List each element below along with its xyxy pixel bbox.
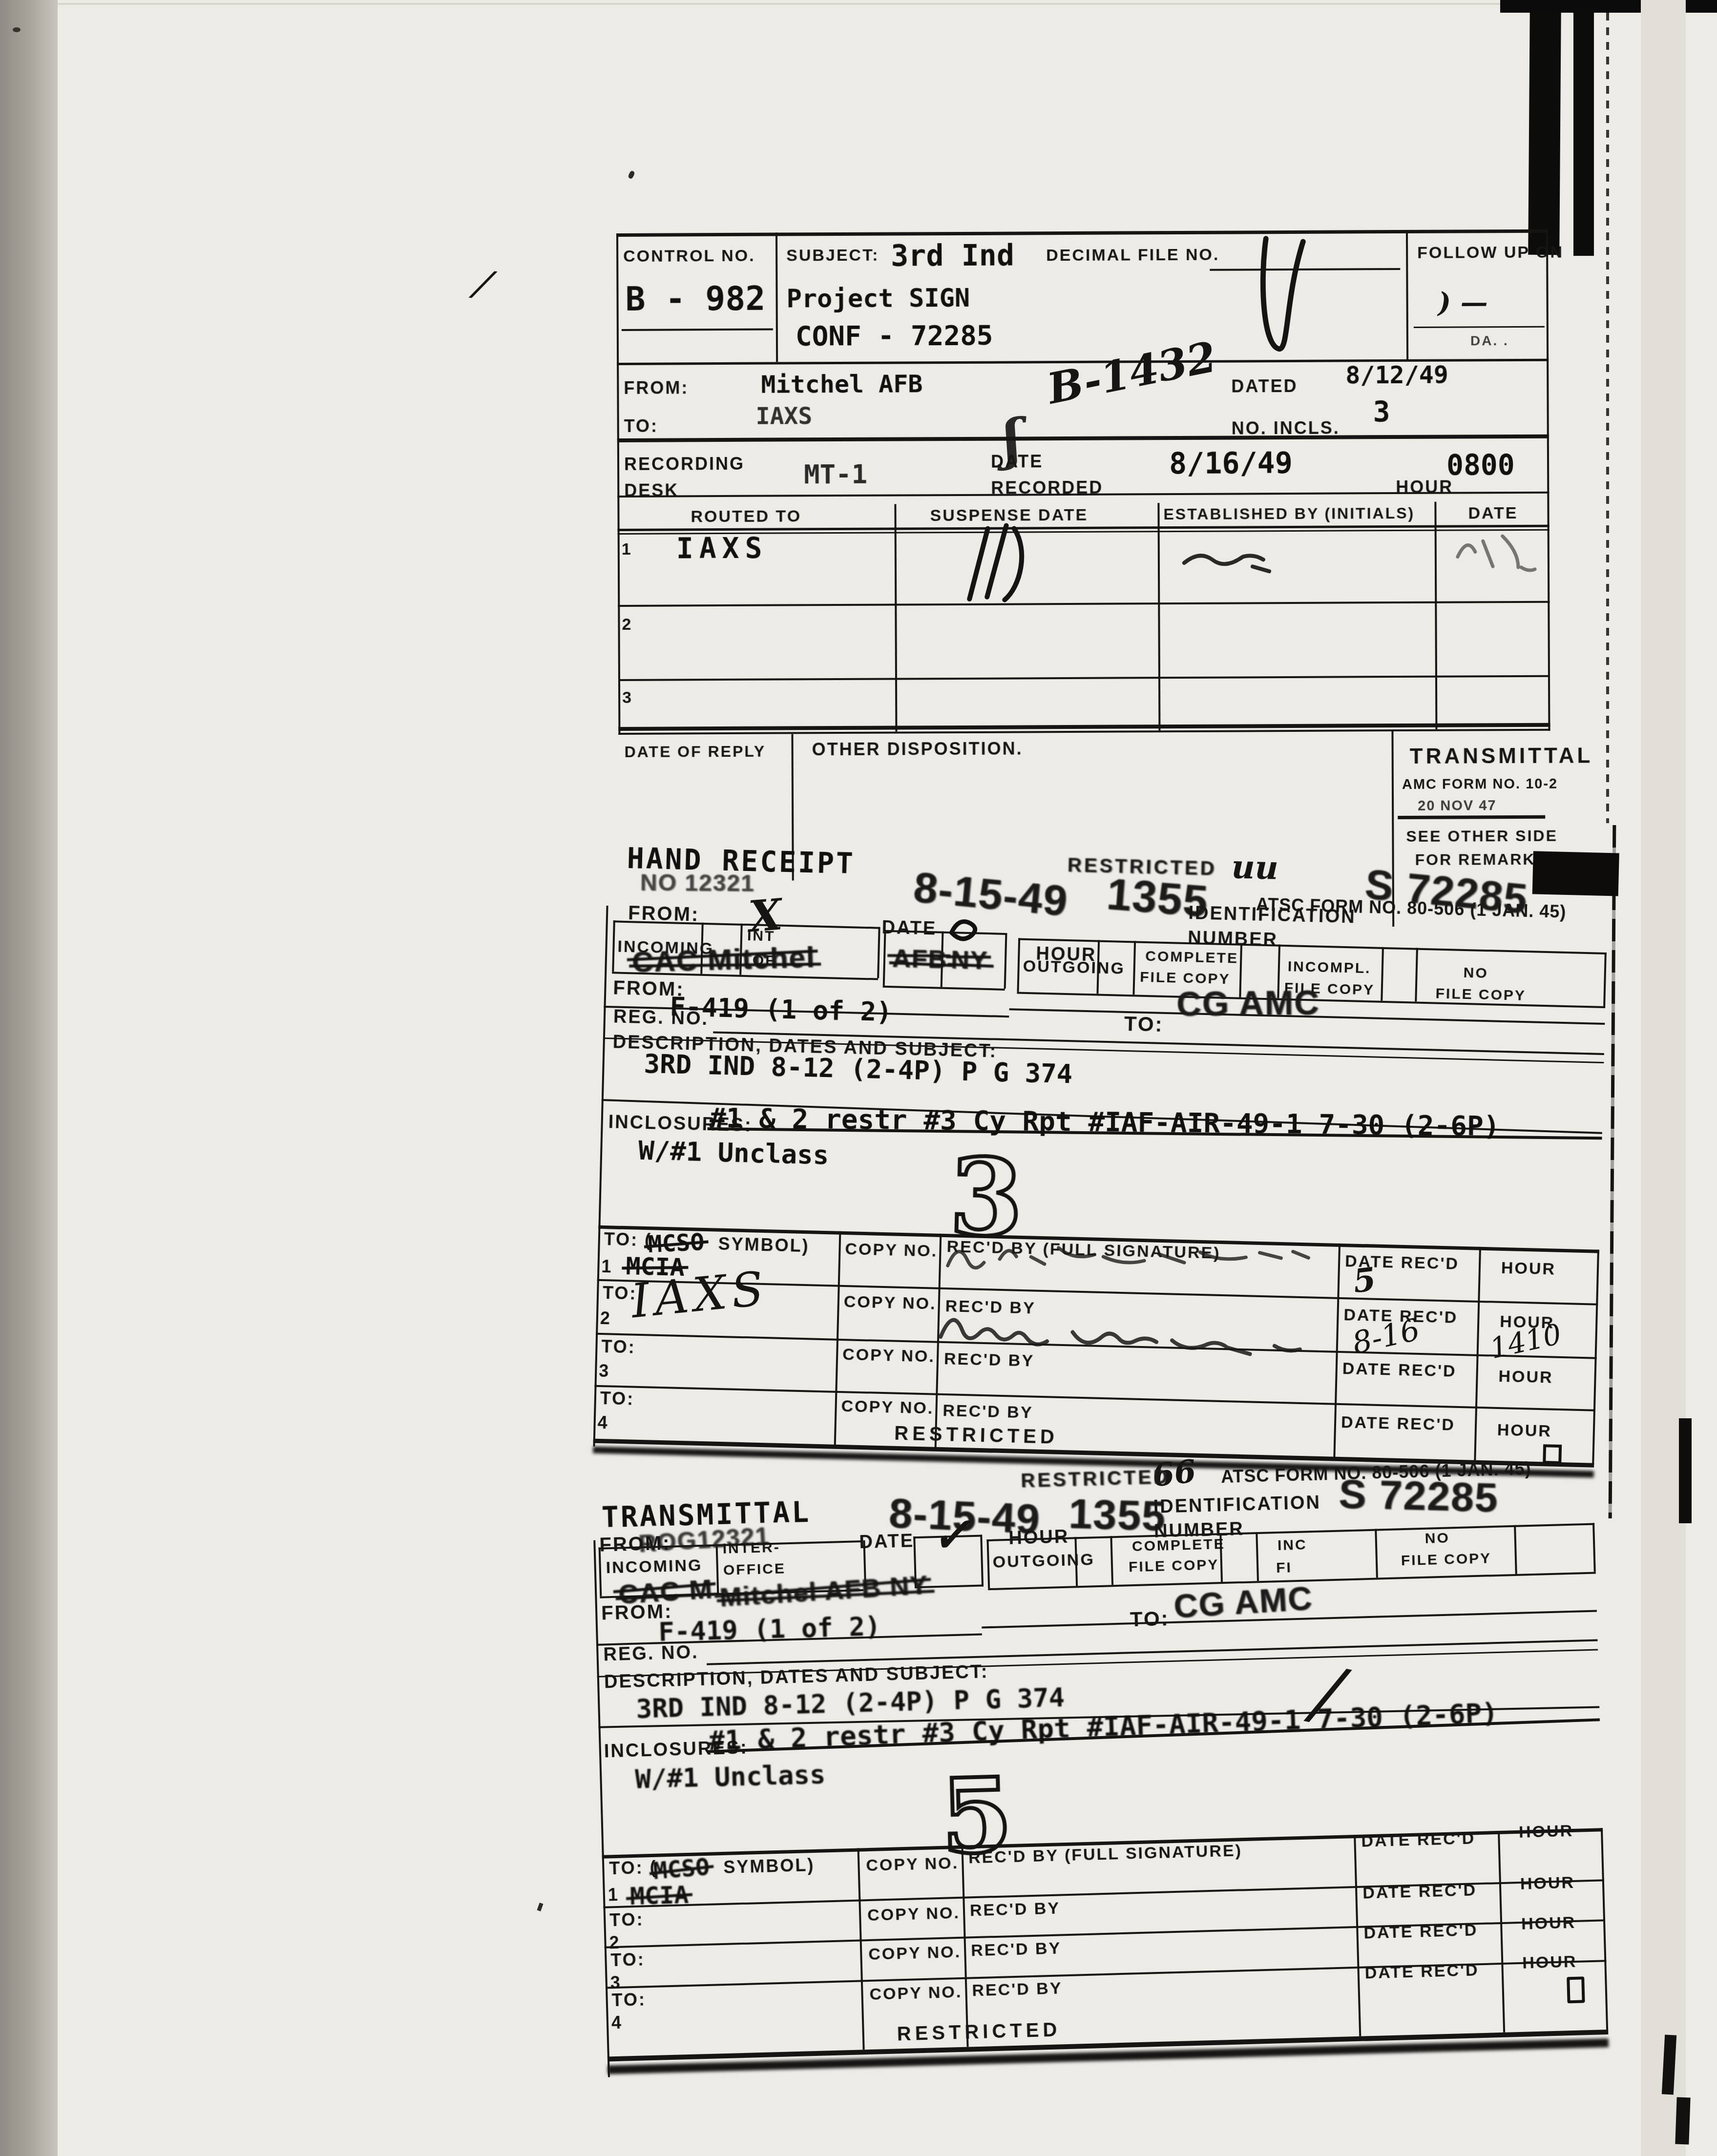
to-line-label: TO: xyxy=(1130,1607,1170,1631)
from-value: Mitchel AFB xyxy=(761,370,922,398)
row-4-copy-no: COPY NO. xyxy=(869,1983,963,2004)
to-value: IAXS xyxy=(756,402,813,430)
identification-label: IDENTIFICATION xyxy=(1153,1493,1321,1518)
small-speck xyxy=(628,170,635,180)
form-line xyxy=(618,675,1550,681)
from-label: FROM: xyxy=(624,377,689,398)
form-line xyxy=(1018,938,1607,954)
form-line xyxy=(622,329,773,331)
row-3-hour: HOUR xyxy=(1521,1913,1576,1934)
reg-no-label: REG. NO. xyxy=(603,1642,699,1665)
transmittal-box-note-1: SEE OTHER SIDE xyxy=(1406,827,1558,846)
row-2-copy-no: COPY NO. xyxy=(843,1292,937,1314)
row-4-num: 4 xyxy=(597,1412,609,1433)
to-line-label: TO: xyxy=(1124,1012,1164,1037)
identification-number-stamp: S 72285 xyxy=(1338,1470,1499,1521)
row-4-date-recd: DATE REC'D xyxy=(1341,1413,1456,1435)
form-line xyxy=(1398,815,1545,819)
row-4-hour: HOUR xyxy=(1522,1952,1577,1973)
outgoing-label: OUTGOING xyxy=(1023,957,1125,978)
subject-line-3: CONF - 72285 xyxy=(796,320,993,352)
from-label: FROM: xyxy=(628,902,700,926)
identification-label: IDENTIFICATION xyxy=(1188,903,1356,928)
hour-header: HOUR xyxy=(1501,1259,1556,1279)
form-line xyxy=(1601,1828,1608,2030)
form-line xyxy=(1514,1525,1517,1574)
row-4-date-recd: DATE REC'D xyxy=(1364,1961,1479,1983)
form-line xyxy=(594,1385,1595,1411)
row-4-hour: HOUR xyxy=(1497,1421,1552,1441)
form-line xyxy=(1406,230,1408,359)
left-scan-strip xyxy=(0,0,58,2156)
handwritten-ref-number: B-1432 xyxy=(1044,332,1220,414)
form-line xyxy=(1375,1529,1378,1578)
ink-blob xyxy=(947,913,982,941)
established-by-scribble xyxy=(1179,541,1277,576)
hand-receipt-form: HAND RECEIPT NO 12321 8-15-49 RESTRICTED… xyxy=(592,837,1613,1492)
scan-bar-2 xyxy=(1573,11,1594,256)
pen-scribble: uu xyxy=(1231,848,1279,887)
incompl-file-copy-fragment-2: FI xyxy=(1276,1559,1293,1576)
da-label: DA. . xyxy=(1470,333,1509,349)
handwritten-checkmark: ✓ xyxy=(931,1507,971,1563)
row-2-recd-by: REC'D BY xyxy=(970,1899,1061,1920)
form-line xyxy=(1256,1532,1259,1581)
to-symbol-label-open: TO: ( xyxy=(609,1857,657,1879)
form-line xyxy=(1110,1536,1113,1585)
control-no-value: B - 982 xyxy=(625,280,765,319)
copy-no-header: COPY NO. xyxy=(866,1854,959,1875)
routed-row-1-value: IAXS xyxy=(676,532,768,565)
transmittal-box-title: TRANSMITTAL xyxy=(1410,744,1593,769)
complete-file-copy-label-1: COMPLETE xyxy=(1145,948,1238,967)
to-label: TO: xyxy=(624,416,659,436)
restricted-stamp: RESTRICTED xyxy=(1021,1466,1171,1492)
decimal-file-label: DECIMAL FILE NO. xyxy=(1046,246,1219,266)
established-by-header: ESTABLISHED BY (INITIALS) xyxy=(1163,504,1415,523)
desk-label: DESK xyxy=(624,480,679,500)
form-line xyxy=(618,601,1549,607)
restricted-footer: RESTRICTED xyxy=(894,1423,1059,1449)
scanned-document-page: CONTROL NO. B - 982 SUBJECT: 3rd Ind Pro… xyxy=(0,0,1717,2156)
form-line xyxy=(616,229,1548,237)
scan-bracket-mark xyxy=(1567,1976,1585,2003)
right-scan-band xyxy=(1641,0,1686,2156)
row-4-to-label: TO: xyxy=(611,1989,646,2011)
stray-paren-mark: ⁄ xyxy=(478,263,488,308)
recording-label: RECORDING xyxy=(624,454,745,475)
number-label: NUMBER xyxy=(1188,928,1278,951)
row-3-to-label: TO: xyxy=(601,1336,636,1358)
ny-stamp-crossed: NY xyxy=(950,945,988,975)
title-overstamp: NO 12321 xyxy=(640,870,755,897)
hour-header: HOUR xyxy=(1519,1822,1574,1842)
form-line xyxy=(1381,947,1384,1001)
form-line xyxy=(775,233,778,362)
recorded-label: RECORDED xyxy=(991,477,1103,498)
date-col-scribble xyxy=(1448,526,1536,576)
date-received-stamp: 8-15-49 xyxy=(911,862,1070,926)
row-3-copy-no: COPY NO. xyxy=(868,1943,962,1964)
row-2-hour: HOUR xyxy=(1520,1873,1575,1894)
form-line xyxy=(612,920,615,972)
no-file-copy-label-1: NO xyxy=(1463,965,1488,982)
form-line xyxy=(1498,1831,1505,2032)
row-2-num: 2 xyxy=(600,1308,611,1329)
recording-desk-value: MT-1 xyxy=(804,459,867,490)
routing-row-3-num: 3 xyxy=(622,688,633,707)
form-line xyxy=(986,1539,990,1588)
date-label: DATE xyxy=(859,1531,915,1553)
row-1-num: 1 xyxy=(607,1885,619,1906)
dated-label: DATED xyxy=(1231,376,1298,397)
row-3-hour: HOUR xyxy=(1498,1367,1553,1388)
routed-to-header: ROUTED TO xyxy=(691,507,801,526)
subject-line-1: 3rd Ind xyxy=(891,238,1014,273)
to-symbol-label-close: SYMBOL) xyxy=(718,1234,810,1257)
outgoing-label: OUTGOING xyxy=(992,1550,1095,1572)
hour-stamp: 1355 xyxy=(1068,1490,1167,1540)
row-1-date-mark: 5 xyxy=(1351,1260,1378,1301)
transmittal-box-revision: 20 NOV 47 xyxy=(1418,798,1497,814)
form-line xyxy=(1415,948,1418,1002)
inclosures-note: W/#1 Unclass xyxy=(635,1759,826,1795)
form-line xyxy=(617,435,1549,442)
to-line-value-stamp: CG AMC xyxy=(1176,983,1320,1024)
date-of-reply-label: DATE OF REPLY xyxy=(625,743,766,761)
row-4-recd-by: REC'D BY xyxy=(972,1979,1063,2000)
inter-office-label-1: INTER- xyxy=(722,1539,780,1557)
date-label: DATE xyxy=(881,917,937,940)
form-line xyxy=(1603,953,1607,1006)
row-2-date-recd: DATE REC'D xyxy=(1362,1881,1477,1903)
handwritten-checkmark xyxy=(1246,235,1320,358)
from-label: FROM: xyxy=(599,1533,671,1556)
row-1-num: 1 xyxy=(601,1256,613,1277)
form-line xyxy=(1592,1523,1596,1572)
form-line xyxy=(980,1534,984,1586)
routing-row-1-num: 1 xyxy=(622,540,632,559)
description-value: 3RD IND 8-12 (2-4P) P G 374 xyxy=(644,1048,1073,1089)
inclosures-value-crossed: #1 & 2 restr #3 Cy Rpt #IAF-AIR-49-1 7-3… xyxy=(710,1102,1500,1142)
hour-label: HOUR xyxy=(1008,1527,1069,1549)
scan-black-block xyxy=(1532,851,1619,896)
form-line xyxy=(1132,941,1136,995)
row-1-signature xyxy=(942,1230,1343,1299)
row-4-recd-by: REC'D BY xyxy=(942,1401,1033,1423)
hour-value: 0800 xyxy=(1446,448,1515,482)
date-recd-header: DATE REC'D xyxy=(1361,1829,1476,1851)
other-disposition-label: OTHER DISPOSITION. xyxy=(812,738,1023,760)
row-3-recd-by: REC'D BY xyxy=(944,1349,1035,1371)
suspense-date-scribble xyxy=(960,522,1063,606)
unit-stamp-crossed: CAC Mitchel xyxy=(631,940,816,979)
row-2-copy-no: COPY NO. xyxy=(867,1904,961,1925)
hour-label: HOUR xyxy=(1396,477,1453,498)
dated-value: 8/12/49 xyxy=(1345,361,1448,390)
subject-line-2: Project SIGN xyxy=(786,284,970,314)
form-line xyxy=(1004,933,1007,989)
form-line xyxy=(1414,326,1545,328)
inclosures-note: W/#1 Unclass xyxy=(638,1135,830,1171)
row-3-num: 3 xyxy=(599,1361,610,1382)
row-2-hour-value: 1410 xyxy=(1487,1317,1565,1366)
routing-row-2-num: 2 xyxy=(622,615,632,634)
complete-file-copy-label-1: COMPLETE xyxy=(1132,1536,1226,1555)
form-line xyxy=(858,1848,865,2050)
copy-no-header: COPY NO. xyxy=(845,1240,938,1261)
top-scan-line xyxy=(58,3,1502,5)
row-3-copy-no: COPY NO. xyxy=(842,1345,936,1367)
form-line xyxy=(894,504,897,732)
form-line xyxy=(616,233,620,735)
row-3-date-recd: DATE REC'D xyxy=(1342,1359,1457,1381)
form-line xyxy=(1546,229,1550,731)
bottom-left-speck xyxy=(537,1903,544,1911)
scan-bar-1 xyxy=(1528,11,1561,255)
row-4-num: 4 xyxy=(611,2012,623,2033)
transmittal-box-form-no: AMC FORM NO. 10-2 xyxy=(1402,776,1558,793)
incompl-file-copy-fragment-1: INC xyxy=(1277,1536,1308,1554)
form-line xyxy=(1017,938,1021,992)
date-col-header: DATE xyxy=(1468,504,1518,523)
to-symbol-crossed: MCSO xyxy=(652,1853,711,1885)
form-line xyxy=(1157,503,1160,730)
reg-no-label: REG. NO. xyxy=(613,1006,709,1030)
form-line xyxy=(1434,502,1437,729)
subject-label: SUBJECT: xyxy=(786,246,879,266)
bottom-right-mark-2 xyxy=(1675,2097,1690,2145)
no-file-copy-label-2: FILE COPY xyxy=(1435,986,1526,1005)
row-3-date-recd: DATE REC'D xyxy=(1363,1921,1478,1943)
row-2-to-label: TO: xyxy=(609,1909,644,1930)
to-symbol-label-close: SYMBOL) xyxy=(723,1855,815,1878)
form-line xyxy=(883,986,1005,991)
no-file-copy-label-2: FILE COPY xyxy=(1401,1550,1492,1569)
no-incls-value: 3 xyxy=(1373,395,1390,428)
incompl-file-copy-label-1: INCOMPL. xyxy=(1288,958,1371,977)
no-file-copy-label-1: NO xyxy=(1424,1530,1450,1547)
row-4-copy-no: COPY NO. xyxy=(841,1397,934,1418)
no-incls-label: NO. INCLS. xyxy=(1232,418,1340,439)
inter-office-label-2: OFFICE xyxy=(723,1560,786,1578)
date-recorded-value: 8/16/49 xyxy=(1169,446,1293,481)
scan-dotted-line xyxy=(1606,13,1609,823)
follow-up-mark: ) — xyxy=(1438,286,1487,318)
transmittal-form: 66 RESTRICTED ATSC FORM NO. 80-506 (1 JA… xyxy=(592,1454,1612,2096)
control-no-label: CONTROL NO. xyxy=(623,247,755,266)
form-line xyxy=(1354,1835,1361,2036)
follow-up-label: FOLLOW UP ON xyxy=(1417,243,1564,263)
row-1-to-crossed: MCIA xyxy=(629,1881,689,1910)
form-line xyxy=(877,927,880,978)
restricted-footer: RESTRICTED xyxy=(897,2019,1061,2045)
row-3-recd-by: REC'D BY xyxy=(971,1939,1062,1960)
row-3-to-label: TO: xyxy=(610,1949,645,1970)
date-label: DATE xyxy=(991,451,1044,472)
complete-file-copy-label-2: FILE COPY xyxy=(1129,1556,1219,1576)
right-black-blob xyxy=(1679,1418,1692,1523)
afb-stamp-crossed: AFB xyxy=(892,944,947,974)
top-left-speck xyxy=(13,27,21,32)
row-4-to-label: TO: xyxy=(600,1388,634,1410)
